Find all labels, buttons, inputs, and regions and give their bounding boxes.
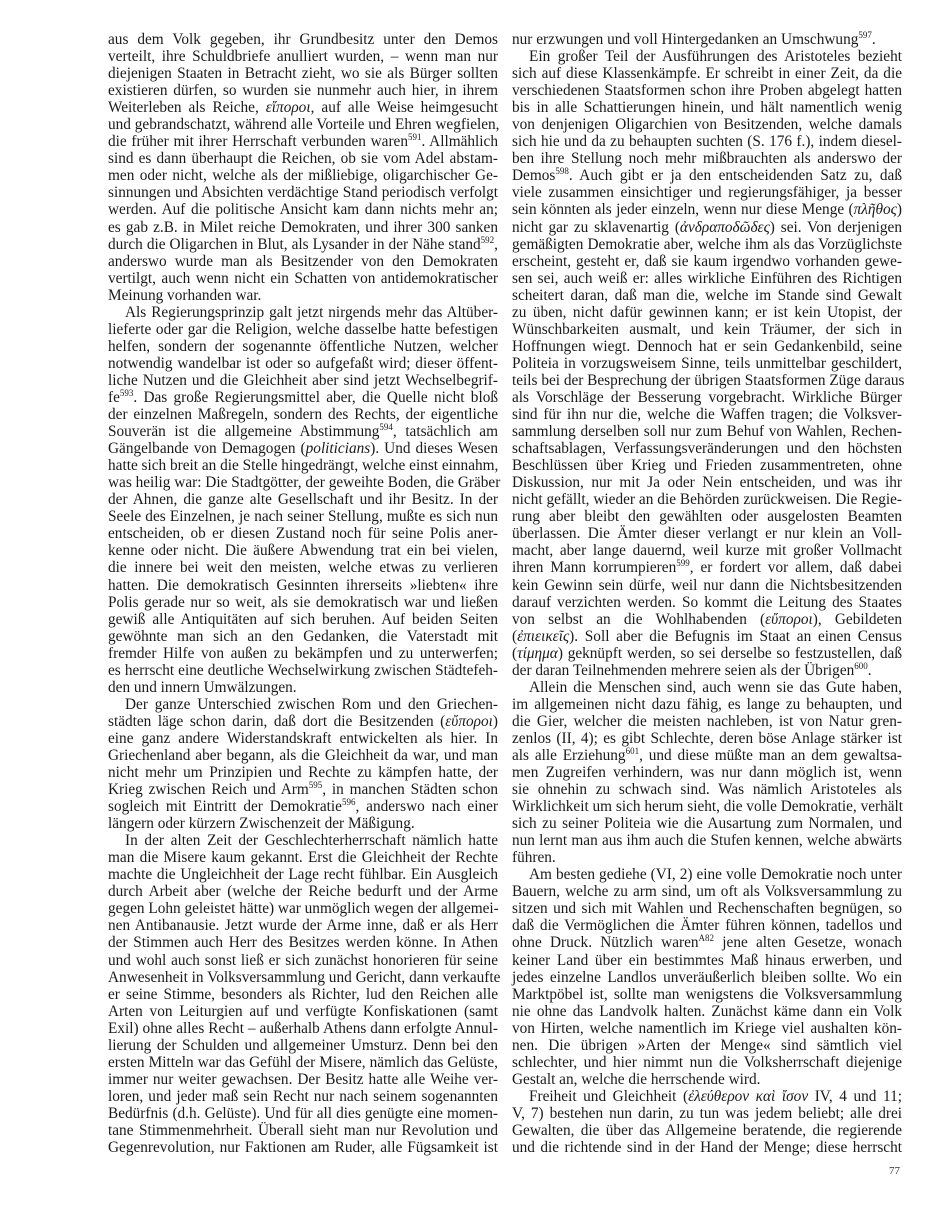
text-line: Weiterleben als Reiche, εἴποροι, auf all…: [108, 99, 498, 116]
text-line: sogleich mit Eintritt der Demokratie596,…: [108, 798, 498, 815]
text-line: von Hirten, welche namentlich im Kriege …: [512, 1020, 902, 1037]
text-line: die früher mit ihrer Herrschaft verbunde…: [108, 133, 498, 150]
text-line: nie ohne das Landvolk halten. Zunächst k…: [512, 1003, 902, 1020]
text-line: Seele des Einzelnen, je nach seiner Stel…: [108, 508, 498, 525]
text-line: Krieg zwischen Reich und Arm595, in manc…: [108, 781, 498, 798]
text-line: man die Misere kaum gekannt. Erst die Gl…: [108, 849, 498, 866]
text-line: gegen Lohn geleistet hätte) war unmöglic…: [108, 900, 498, 917]
footnote-ref[interactable]: 593: [120, 388, 134, 398]
text-line: Wirklichkeit um sich herum sieht, die vo…: [512, 798, 902, 815]
text-line: Politeia in vorzugsweisem Sinne, teils u…: [512, 355, 902, 372]
text-line: Exil) ohne alles Recht – außerhalb Athen…: [108, 1020, 498, 1037]
text-line: was heilig war: Die Stadtgötter, der gew…: [108, 474, 498, 491]
text-line: Am besten gediehe (VI, 2) eine volle Dem…: [512, 866, 902, 883]
text-line: schlechter, und hier nimmt nun die Volks…: [512, 1054, 902, 1071]
text-line: werden. Auf die politische Ansicht kam d…: [108, 201, 498, 218]
footnote-ref[interactable]: 596: [342, 797, 356, 807]
text-line: men Zugreifen verhindern, was nur dann m…: [512, 764, 902, 781]
text-line: zenlos (II, 4); es gibt Schlechte, deren…: [512, 730, 902, 747]
text-line: rung aber bleibt den gewählten oder ausg…: [512, 508, 902, 525]
text-line: loren, und jeder maß sein Recht nur nach…: [108, 1088, 498, 1105]
text-line: sich auf diese Klassenkämpfe. Er schreib…: [512, 65, 902, 82]
text-line: nen Antibanausie. Jetzt wurde der Arme i…: [108, 917, 498, 934]
text-line: In der alten Zeit der Geschlechterherrsc…: [108, 832, 498, 849]
text-line: sie ohnehin zu schwach sind. Was nämlich…: [512, 781, 902, 798]
text-line: jedes einzelne Landlos unveräußerlich bl…: [512, 969, 902, 986]
footnote-ref[interactable]: 600: [854, 661, 868, 671]
greek-term: εὔποροι: [765, 611, 813, 628]
text-line: Marktpöbel ist, sollte man wenigstens di…: [512, 986, 902, 1003]
footnote-ref[interactable]: 592: [481, 235, 495, 245]
text-line: kein Gewinn sein dürfe, weil nur dann di…: [512, 577, 902, 594]
italic-term: politicians: [306, 440, 371, 457]
text-line: nicht mehr um Prinzipien und Rechte zu k…: [108, 764, 498, 781]
footnote-ref[interactable]: 591: [408, 132, 422, 142]
text-line: und gebrandschatzt, während alle Vorteil…: [108, 116, 498, 133]
text-line: städten läge schon darin, daß dort die B…: [108, 713, 498, 730]
text-line: immer nur weiter gewachsen. Der Besitz h…: [108, 1071, 498, 1088]
text-line: durch die Oligarchen in Blut, als Lysand…: [108, 236, 498, 253]
text-line: lieferte oder gar die Religion, welche d…: [108, 321, 498, 338]
text-line: Wünschbarkeiten ausmalt, und kein Träume…: [512, 321, 902, 338]
text-line: ersten Mitteln war das Gefühl der Misere…: [108, 1054, 498, 1071]
text-line: verschiedenen Staatsformen schon ihre Pr…: [512, 82, 902, 99]
text-line: von denjenigen Oligarchien von Besitzend…: [512, 116, 902, 133]
greek-term: ἐλεύθερον καὶ ἴσον: [688, 1088, 808, 1105]
text-line: nun lernt man aus ihm auch die Stufen ke…: [512, 832, 902, 849]
text-line: zu üben, nicht dafür gewinnen kann; er i…: [512, 304, 902, 321]
text-line: den und innern Umwälzungen.: [108, 679, 498, 696]
text-line: erscheint, gesteht er, daß sie kaum irge…: [512, 253, 902, 270]
text-line: Allein die Menschen sind, auch wenn sie …: [512, 679, 902, 696]
text-line: sind es dann überhaupt die Reichen, ob s…: [108, 150, 498, 167]
text-line: V, 7) bestehen nun darin, zu tun was jed…: [512, 1105, 902, 1122]
text-line: Freiheit und Gleichheit (ἐλεύθερον καὶ ἴ…: [512, 1088, 902, 1105]
text-line: aus dem Volk gegeben, ihr Grundbesitz un…: [108, 31, 498, 48]
text-line: (τίμημα) geknüpft werden, so sei derselb…: [512, 645, 902, 662]
text-line: liche Nutzen und die Gleichheit aber sin…: [108, 372, 498, 389]
text-line: Bauern, welche zu arm sind, um oft als V…: [512, 883, 902, 900]
greek-term: ἀνδραποδῶδες: [680, 219, 770, 236]
text-line: ben ihre Stellung noch mehr mißbrauchten…: [512, 150, 902, 167]
text-line: sind für ihn nur die, welche die Waffen …: [512, 406, 902, 423]
text-line: Gewalten, die über das Allgemeine berate…: [512, 1122, 902, 1139]
greek-term: πλῆθος: [854, 201, 897, 218]
text-line: hatten. Die demokratisch Gesinnten ihrer…: [108, 577, 498, 594]
text-line: hatte sich breit an die Stelle hingedrän…: [108, 457, 498, 474]
text-column-right: nur erzwungen und voll Hintergedanken an…: [512, 31, 902, 1156]
text-line: Polis gerade nur so weit, als sie demokr…: [108, 594, 498, 611]
footnote-ref[interactable]: 597: [858, 30, 872, 40]
text-line: und wohl auch sonst ließ er sich zunächs…: [108, 952, 498, 969]
text-line: vertilgt, auch wenn nicht ein Schatten v…: [108, 270, 498, 287]
text-line: der Ahnen, die ganze alte Gesellschaft u…: [108, 491, 498, 508]
text-line: Als Regierungsprinzip galt jetzt nirgend…: [108, 304, 498, 321]
text-line: diejenigen Staaten in Betracht zieht, wo…: [108, 65, 498, 82]
text-line: gewöhnte man sich an den Gedanken, die V…: [108, 628, 498, 645]
text-line: schaftsablagen, Verfassungsveränderungen…: [512, 440, 902, 457]
footnote-ref[interactable]: 598: [555, 166, 569, 176]
text-line: überlassen. Die Ämter dieser verlangt er…: [512, 525, 902, 542]
text-line: und die richtende sind in der Hand der M…: [512, 1139, 902, 1156]
text-line: von selbst an die Wohlhabenden (εὔποροι)…: [512, 611, 902, 628]
text-line: er seine Stimme, besonders als Richter, …: [108, 986, 498, 1003]
text-line: Anwesenheit in Volksversammlung und Geri…: [108, 969, 498, 986]
text-line: im allgemeinen nicht dazu fähig, es lang…: [512, 696, 902, 713]
text-line: die Gier, welcher die meisten nachleben,…: [512, 713, 902, 730]
text-line: notwendig wandelbar ist oder so aufgefaß…: [108, 355, 498, 372]
text-line: darauf verzichten werden. So kommt die L…: [512, 594, 902, 611]
text-line: ihren Mann korrumpieren599, er fordert v…: [512, 559, 902, 576]
text-line: Diskussion, nur mit Ja oder Nein entsche…: [512, 474, 902, 491]
text-line: es herrscht eine deutliche Wechselwirkun…: [108, 662, 498, 679]
text-line: nen. Die übrigen »Arten der Menge« sind …: [512, 1037, 902, 1054]
text-line: Gegenrevolution, nur Faktionen am Ruder,…: [108, 1139, 498, 1156]
text-line: durch Arbeit aber (welche der Reiche bed…: [108, 883, 498, 900]
footnote-ref[interactable]: 595: [309, 780, 323, 790]
text-line: sinnungen und Absichten verdächtige Stan…: [108, 184, 498, 201]
text-line: verteilt, ihre Schuldbriefe anulliert wu…: [108, 48, 498, 65]
text-line: teils bei der Besprechung der übrigen St…: [512, 372, 902, 389]
text-line: bis in alle Schattierungen hinein, und h…: [512, 99, 902, 116]
document-page: aus dem Volk gegeben, ihr Grundbesitz un…: [0, 0, 935, 1210]
greek-term: εὔποροι: [445, 713, 493, 730]
text-line: Ein großer Teil der Ausführungen des Ari…: [512, 48, 902, 65]
text-line: Hoffnungen wiegt. Dennoch hat er sein Ge…: [512, 338, 902, 355]
text-line: anderswo wurde man als Besitzender von d…: [108, 253, 498, 270]
text-column-left: aus dem Volk gegeben, ihr Grundbesitz un…: [108, 31, 498, 1156]
text-line: machte die Ungleichheit der Lage recht f…: [108, 866, 498, 883]
text-line: sich hie und da zu behaupten suchten (S.…: [512, 133, 902, 150]
text-line: tane Stimmenmehrheit. Überall sieht man …: [108, 1122, 498, 1139]
text-line: die innere bei weit den meisten, welche …: [108, 559, 498, 576]
greek-term: τίμημα: [517, 645, 558, 662]
text-line: viele zusammen einsichtiger und regierun…: [512, 184, 902, 201]
text-line: men oder nicht, welche als der mißliebig…: [108, 167, 498, 184]
text-line: der einzelnen Maßregeln, sondern des Rec…: [108, 406, 498, 423]
text-line: gewiß alle Antiquitäten auf sich beruhen…: [108, 611, 498, 628]
footnote-ref[interactable]: 599: [676, 558, 690, 568]
text-line: nicht gefällt, wieder an die Behörden zu…: [512, 491, 902, 508]
text-line: sein könnten als jeder einzeln, wenn nur…: [512, 201, 902, 218]
text-line: sitzen und sich mit Wahlen und Rechensch…: [512, 900, 902, 917]
text-line: eine ganz andere Widerstandskraft entwic…: [108, 730, 498, 747]
footnote-ref[interactable]: 594: [379, 422, 393, 432]
text-line: ohne Druck. Nützlich warenA82 jene alten…: [512, 934, 902, 951]
text-line: sammlung derselben soll nur zum Behuf vo…: [512, 423, 902, 440]
text-line: führen.: [512, 849, 902, 866]
text-line: fe593. Das große Regierungsmittel aber, …: [108, 389, 498, 406]
text-line: scheitert daran, daß man die, welche im …: [512, 287, 902, 304]
text-line: Gestalt an, welche die herrschende wird.: [512, 1071, 902, 1088]
text-line: Gängelbande von Demagogen (politicians).…: [108, 440, 498, 457]
text-line: gemäßigten Demokratie aber, welche ihm a…: [512, 236, 902, 253]
text-line: Demos598. Auch gibt er ja den entscheide…: [512, 167, 902, 184]
text-line: der Stimmen auch Herr des Besitzes werde…: [108, 934, 498, 951]
text-line: Arten von Leiturgien auf und verfügte Ko…: [108, 1003, 498, 1020]
text-line: existieren dürfen, so wurden sie nunmehr…: [108, 82, 498, 99]
text-line: Beschlüssen über Krieg und Frieden zusam…: [512, 457, 902, 474]
text-line: Bedürfnis (d.h. Gelüste). Und für all di…: [108, 1105, 498, 1122]
text-line: Souverän ist die allgemeine Abstimmung59…: [108, 423, 498, 440]
text-line: macht, aber lange dauernd, weil kurze mi…: [512, 542, 902, 559]
text-line: entscheiden, ob er diesen Zustand noch f…: [108, 525, 498, 542]
footnote-ref[interactable]: 601: [626, 746, 640, 756]
text-line: keiner Land über ein bestimmtes Maß hina…: [512, 952, 902, 969]
text-line: helfen, sondern der sogenannte öffentlic…: [108, 338, 498, 355]
text-line: als Vorschläge der Besserung vorgebracht…: [512, 389, 902, 406]
text-line: längern oder kürzern Zwischenzeit der Mä…: [108, 815, 498, 832]
text-line: nur erzwungen und voll Hintergedanken an…: [512, 31, 902, 48]
text-line: kenne oder nicht. Die äußere Abwendung t…: [108, 542, 498, 559]
greek-term: ἐπιεικεῖς: [517, 628, 569, 645]
text-line: sich zu seiner Politeia wie die Ausartun…: [512, 815, 902, 832]
text-line: als alle Erziehung601, und diese müßte m…: [512, 747, 902, 764]
footnote-ref[interactable]: A82: [699, 933, 715, 943]
greek-term: εἴποροι: [266, 99, 311, 116]
text-line: daß die Vermöglichen die Ämter führen kö…: [512, 917, 902, 934]
text-line: Meinung vorhanden war.: [108, 287, 498, 304]
text-line: lierung der Schulden und allgemeiner Ums…: [108, 1037, 498, 1054]
text-line: es gab z.B. in Milet reiche Demokraten, …: [108, 219, 498, 236]
text-line: Griechenland aber begann, als die Gleich…: [108, 747, 498, 764]
page-number: 77: [880, 1165, 900, 1177]
text-line: fremder Hilfe von außen zu bekämpfen und…: [108, 645, 498, 662]
text-line: nicht gar zu sklavenartig (ἀνδραποδῶδες)…: [512, 219, 902, 236]
text-line: Der ganze Unterschied zwischen Rom und d…: [108, 696, 498, 713]
text-line: sen sei, auch weiß er: alles wirkliche E…: [512, 270, 902, 287]
text-line: der daran Teilnehmenden mehrere seien al…: [512, 662, 902, 679]
text-line: (ἐπιεικεῖς). Soll aber die Befugnis im S…: [512, 628, 902, 645]
